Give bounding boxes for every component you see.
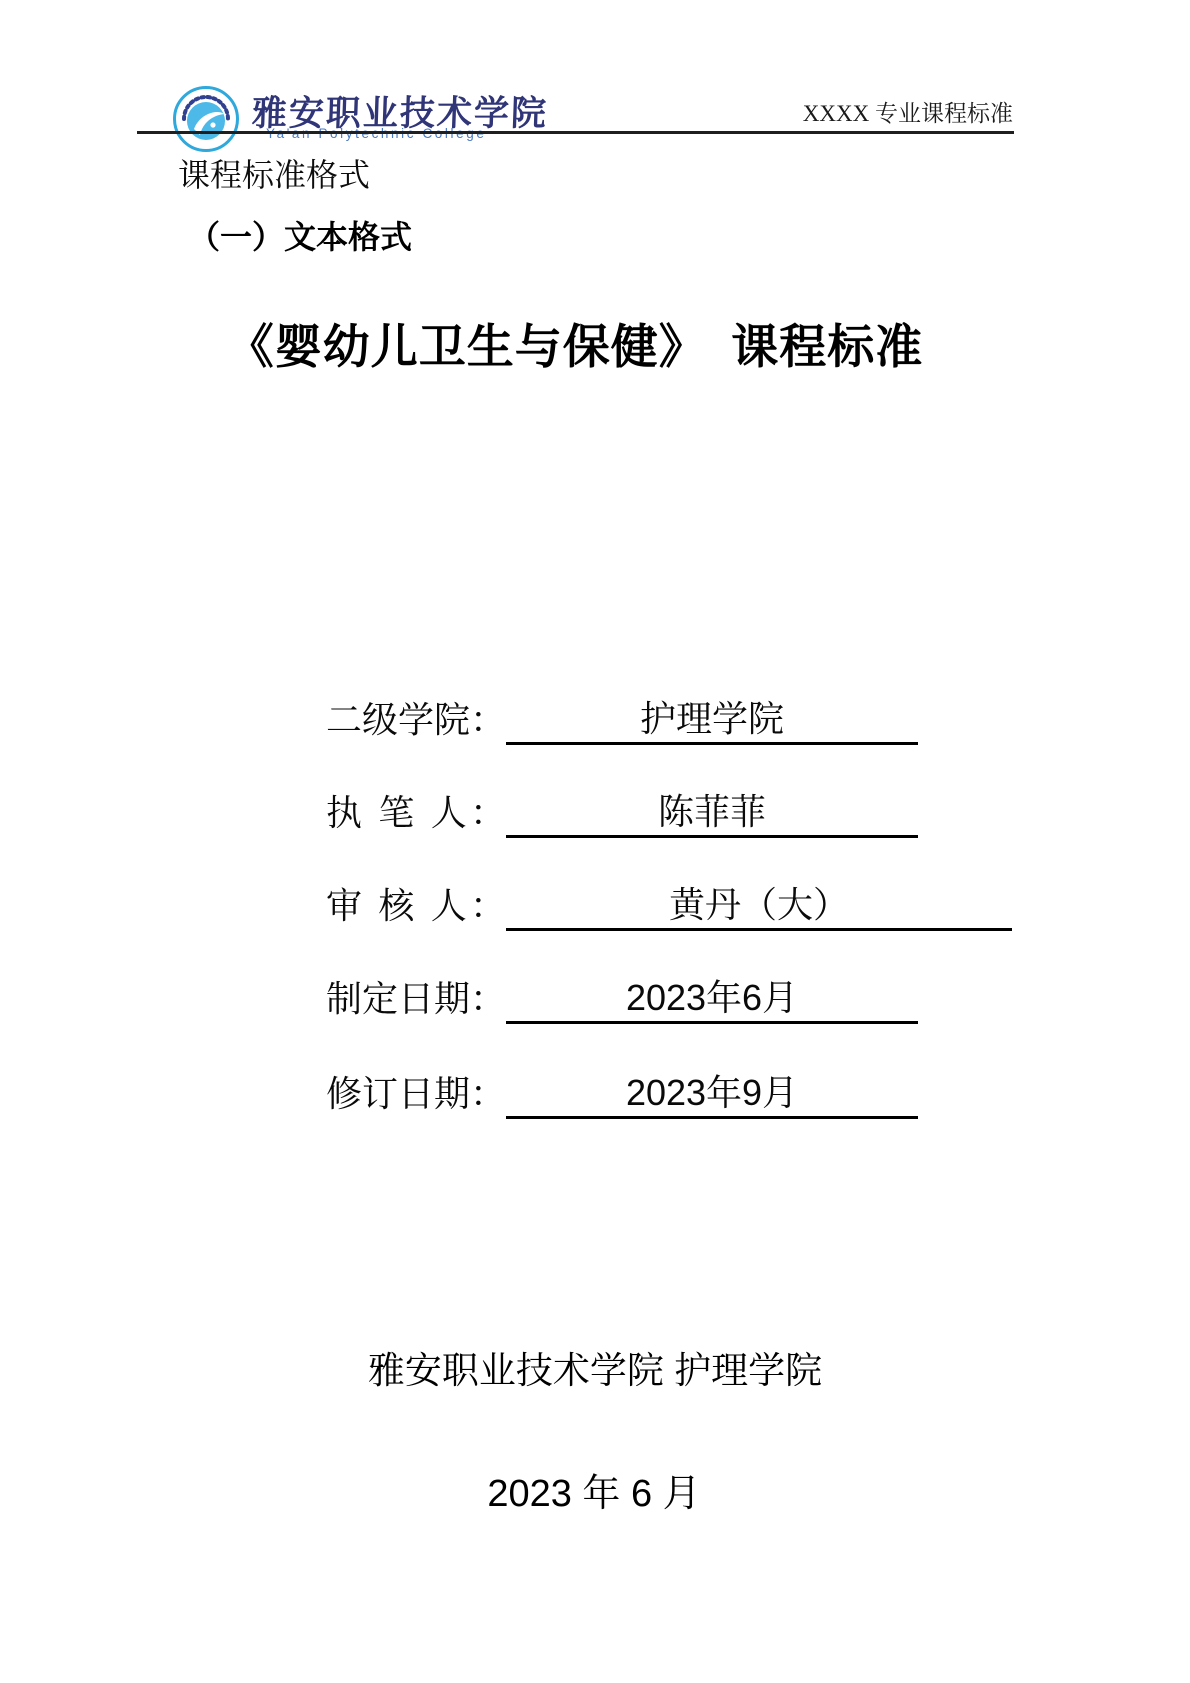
field-label: 修订日期： [326, 1069, 506, 1119]
field-value: 护理学院 [640, 698, 784, 739]
document-title: 《婴幼儿卫生与保健》 课程标准 [0, 310, 1150, 377]
header-right-text: XXXX 专业课程标准 [803, 95, 1013, 128]
field-label: 二级学院： [326, 695, 506, 745]
footer-date: 2023 年 6 月 [0, 1462, 1188, 1517]
college-seal-icon [172, 85, 240, 153]
document-page: 雅安职业技术学院 Ya'an Polytechnic College XXXX … [0, 0, 1190, 1683]
field-value: 陈菲菲 [658, 791, 766, 832]
field-label: 审 核 人： [326, 881, 506, 931]
form-row: 修订日期： 2023年9月 [326, 1069, 918, 1119]
field-underline: 陈菲菲 [506, 788, 918, 838]
field-underline: 黄丹（大） [506, 881, 1012, 931]
form-row: 制定日期： 2023年6月 [326, 974, 918, 1024]
field-value: 黄丹（大） [669, 884, 849, 925]
form-row: 执 笔 人： 陈菲菲 [326, 788, 918, 838]
form-row: 审 核 人： 黄丹（大） [326, 881, 1012, 931]
section-heading: 课程标准格式 [178, 150, 370, 196]
field-underline: 2023年6月 [506, 974, 918, 1024]
form-row: 二级学院： 护理学院 [326, 695, 918, 745]
field-label: 执 笔 人： [326, 788, 506, 838]
field-underline: 2023年9月 [506, 1069, 918, 1119]
field-label: 制定日期： [326, 974, 506, 1024]
footer-organization: 雅安职业技术学院 护理学院 [0, 1340, 1190, 1394]
field-value: 2023年9月 [626, 1072, 798, 1113]
header-divider [137, 131, 1014, 134]
field-value: 2023年6月 [626, 977, 798, 1018]
section-subheading: （一）文本格式 [188, 212, 412, 258]
field-underline: 护理学院 [506, 695, 918, 745]
